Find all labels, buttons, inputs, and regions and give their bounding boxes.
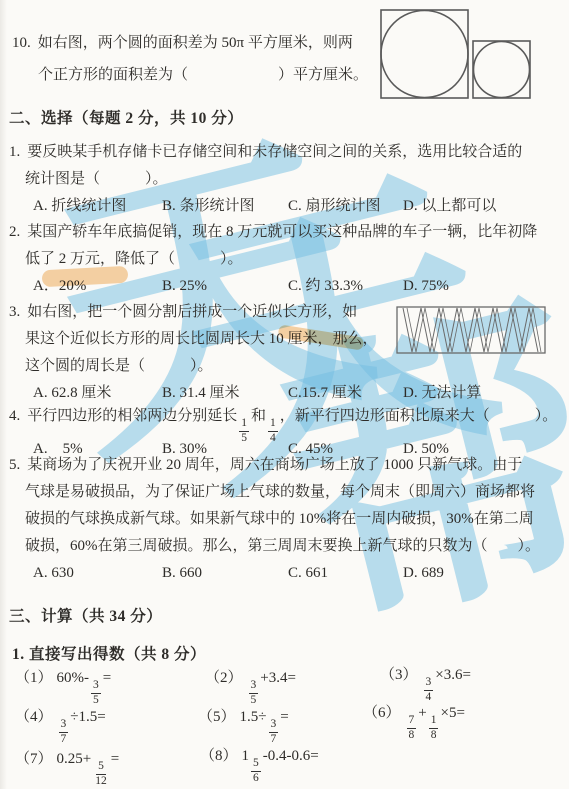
mc-question-2: 2.某国产轿车年底搞促销，现在 8 万元就可以买这种品牌的车子一辆，比年初降 低… [9,219,537,300]
question-text: 要反映某手机存储卡已存储空间和未存储空间之间的关系，选用比较合适的 [27,144,522,160]
fraction: 78 [407,714,417,743]
option-a: A．20% [33,273,162,300]
option-b: B. 25% [162,273,288,300]
mixed-number-whole: 1 [242,748,250,764]
option-b: B. 条形统计图 [162,193,288,220]
calc-item-2: （2）35+3.4= [205,663,296,707]
calc-item-4: （4）37÷1.5= [15,702,106,746]
question-number: 1. [9,144,27,160]
option-c: C. 约 33.3% [288,273,403,300]
question-text: 如右图，把一个圆分割后拼成一个近似长方形，如 [27,304,357,320]
question-text: 如右图，两个圆的面积差为 50π 平方厘米，则两 [38,35,353,51]
question-text: 和 [251,408,266,424]
calc-subsection-title: 1. 直接写出得数（共 8 分） [12,642,206,664]
mc-question-1: 1.要反映某手机存储卡已存储空间和未存储空间之间的关系，选用比较合适的 统计图是… [9,139,522,220]
question-number: 5. [9,457,27,473]
question-text: 某国产轿车年底搞促销，现在 8 万元就可以买这种品牌的车子一辆，比年初降 [27,224,537,240]
option-a: A. 折线统计图 [33,193,162,220]
question-text: 某商场为了庆祝开业 20 周年，周六在商场广场上放了 1000 只新气球。由于 [27,457,522,473]
fraction: 56 [251,757,261,786]
mc-question-5: 5.某商场为了庆祝开业 20 周年，周六在商场广场上放了 1000 只新气球。由… [9,452,540,587]
exam-page: 天 天 帮 10.如右图，两个圆的面积差为 50π 平方厘米，则两 个正方形的面… [0,0,569,789]
calc-item-1: （1）60%-35= [15,663,111,707]
question-text: ，新平行四边形面积比原来大（ ）。 [280,408,558,424]
question-text: 统计图是（ ）。 [25,171,168,187]
calc-item-6: （6）78+18×5= [363,698,465,742]
calc-item-7: （7）0.25+512= [15,744,119,788]
question-number: 2. [9,224,27,240]
fraction: 512 [93,760,109,789]
question-text: 低了 2 万元，降低了（ ）。 [25,251,243,267]
question-text: 这个圆的周长是（ ）。 [25,358,213,374]
question-number: 3. [9,304,27,320]
option-a: A. 630 [33,560,162,587]
option-d: D. 以上都可以 [403,193,522,220]
section-title-choice: 二、选择（每题 2 分，共 10 分） [9,106,243,128]
question-text: 破损的气球换成新气球。如果新气球中的 10%将在一周内破损，30%在第二周 [25,511,534,527]
question-number: 10. [12,35,38,51]
question-text: 破损，60%在第三周破损。那么，第三周周末要换上新气球的只数为（ ）。 [25,538,540,554]
question-text: 平行四边形的相邻两边分别延长 [27,408,237,424]
option-c: C. 661 [288,560,403,587]
calc-item-5: （5）1.5÷37= [198,702,289,746]
question-10: 10.如右图，两个圆的面积差为 50π 平方厘米，则两 个正方形的面积差为（ ）… [12,30,368,89]
option-d: D. 689 [403,560,540,587]
question-number: 4. [9,408,27,424]
question-text: 个正方形的面积差为（ ）平方厘米。 [38,67,368,83]
rearranged-circle-figure [396,306,546,354]
fraction: 18 [429,714,439,743]
fraction: 37 [59,718,69,747]
option-d: D. 75% [403,273,537,300]
section-title-calculation: 三、计算（共 34 分） [9,604,162,626]
option-b: B. 660 [162,560,288,587]
question-text: 气球是易破损品，为了保证广场上气球的数量，每个周末（即周六）商场都将 [25,484,535,500]
calc-item-8: （8）156-0.4-0.6= [200,741,319,785]
question-text: 果这个近似长方形的周长比圆周长大 10 厘米，那么， [25,331,378,347]
option-c: C. 扇形统计图 [288,193,403,220]
inscribed-circles-figure [378,8,534,102]
